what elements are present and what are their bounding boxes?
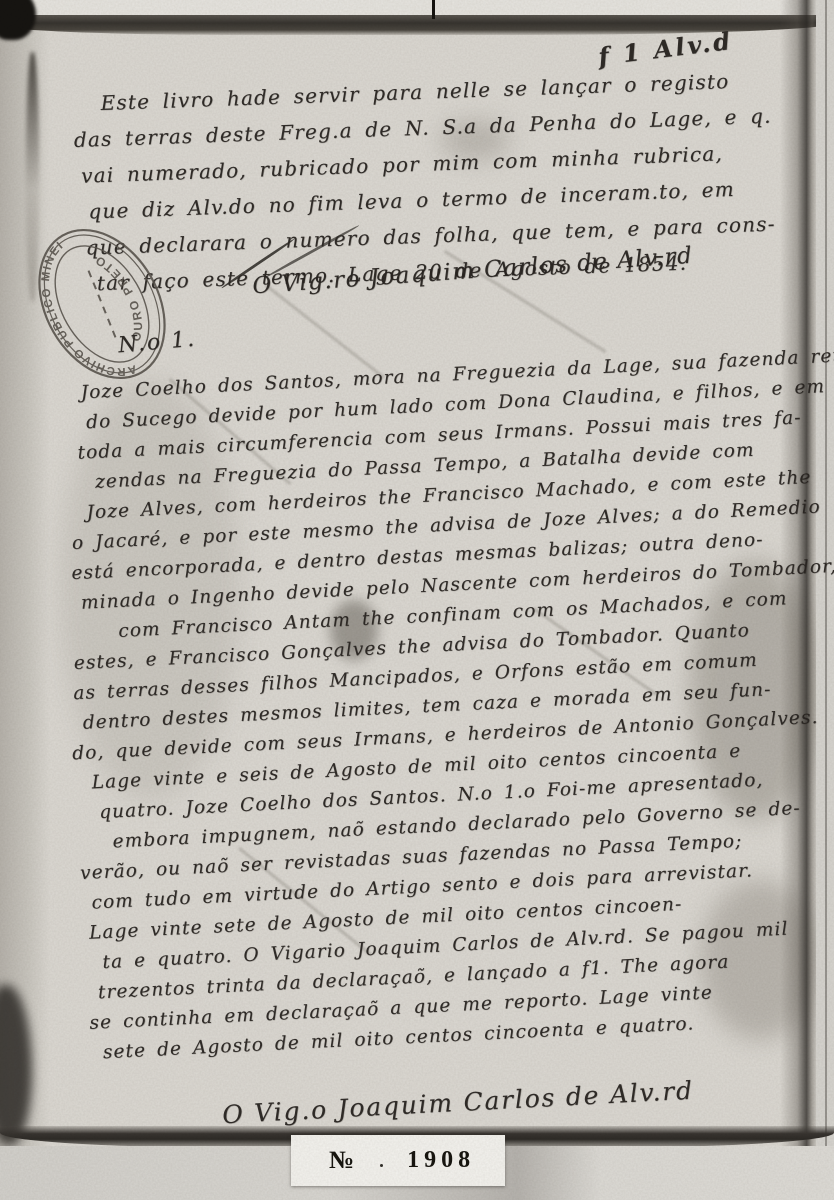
numero-symbol: № bbox=[329, 1147, 354, 1175]
archive-number: 1908 bbox=[407, 1147, 475, 1174]
entry-number-heading: N.o 1. bbox=[117, 327, 197, 359]
archive-number-label: № 1908 bbox=[291, 1135, 505, 1186]
label-dot bbox=[380, 1164, 383, 1167]
scanned-document-page: f 1 Alv.d Este livro hade servir para ne… bbox=[0, 0, 834, 1200]
top-edge-mark bbox=[432, 0, 435, 19]
vicar-signature-closing: O Vig.o Joaquim Carlos de Alv.rd bbox=[222, 1076, 695, 1130]
entry-body-paragraph: Joze Coelho dos Santos, mora na Freguezi… bbox=[50, 342, 834, 1069]
